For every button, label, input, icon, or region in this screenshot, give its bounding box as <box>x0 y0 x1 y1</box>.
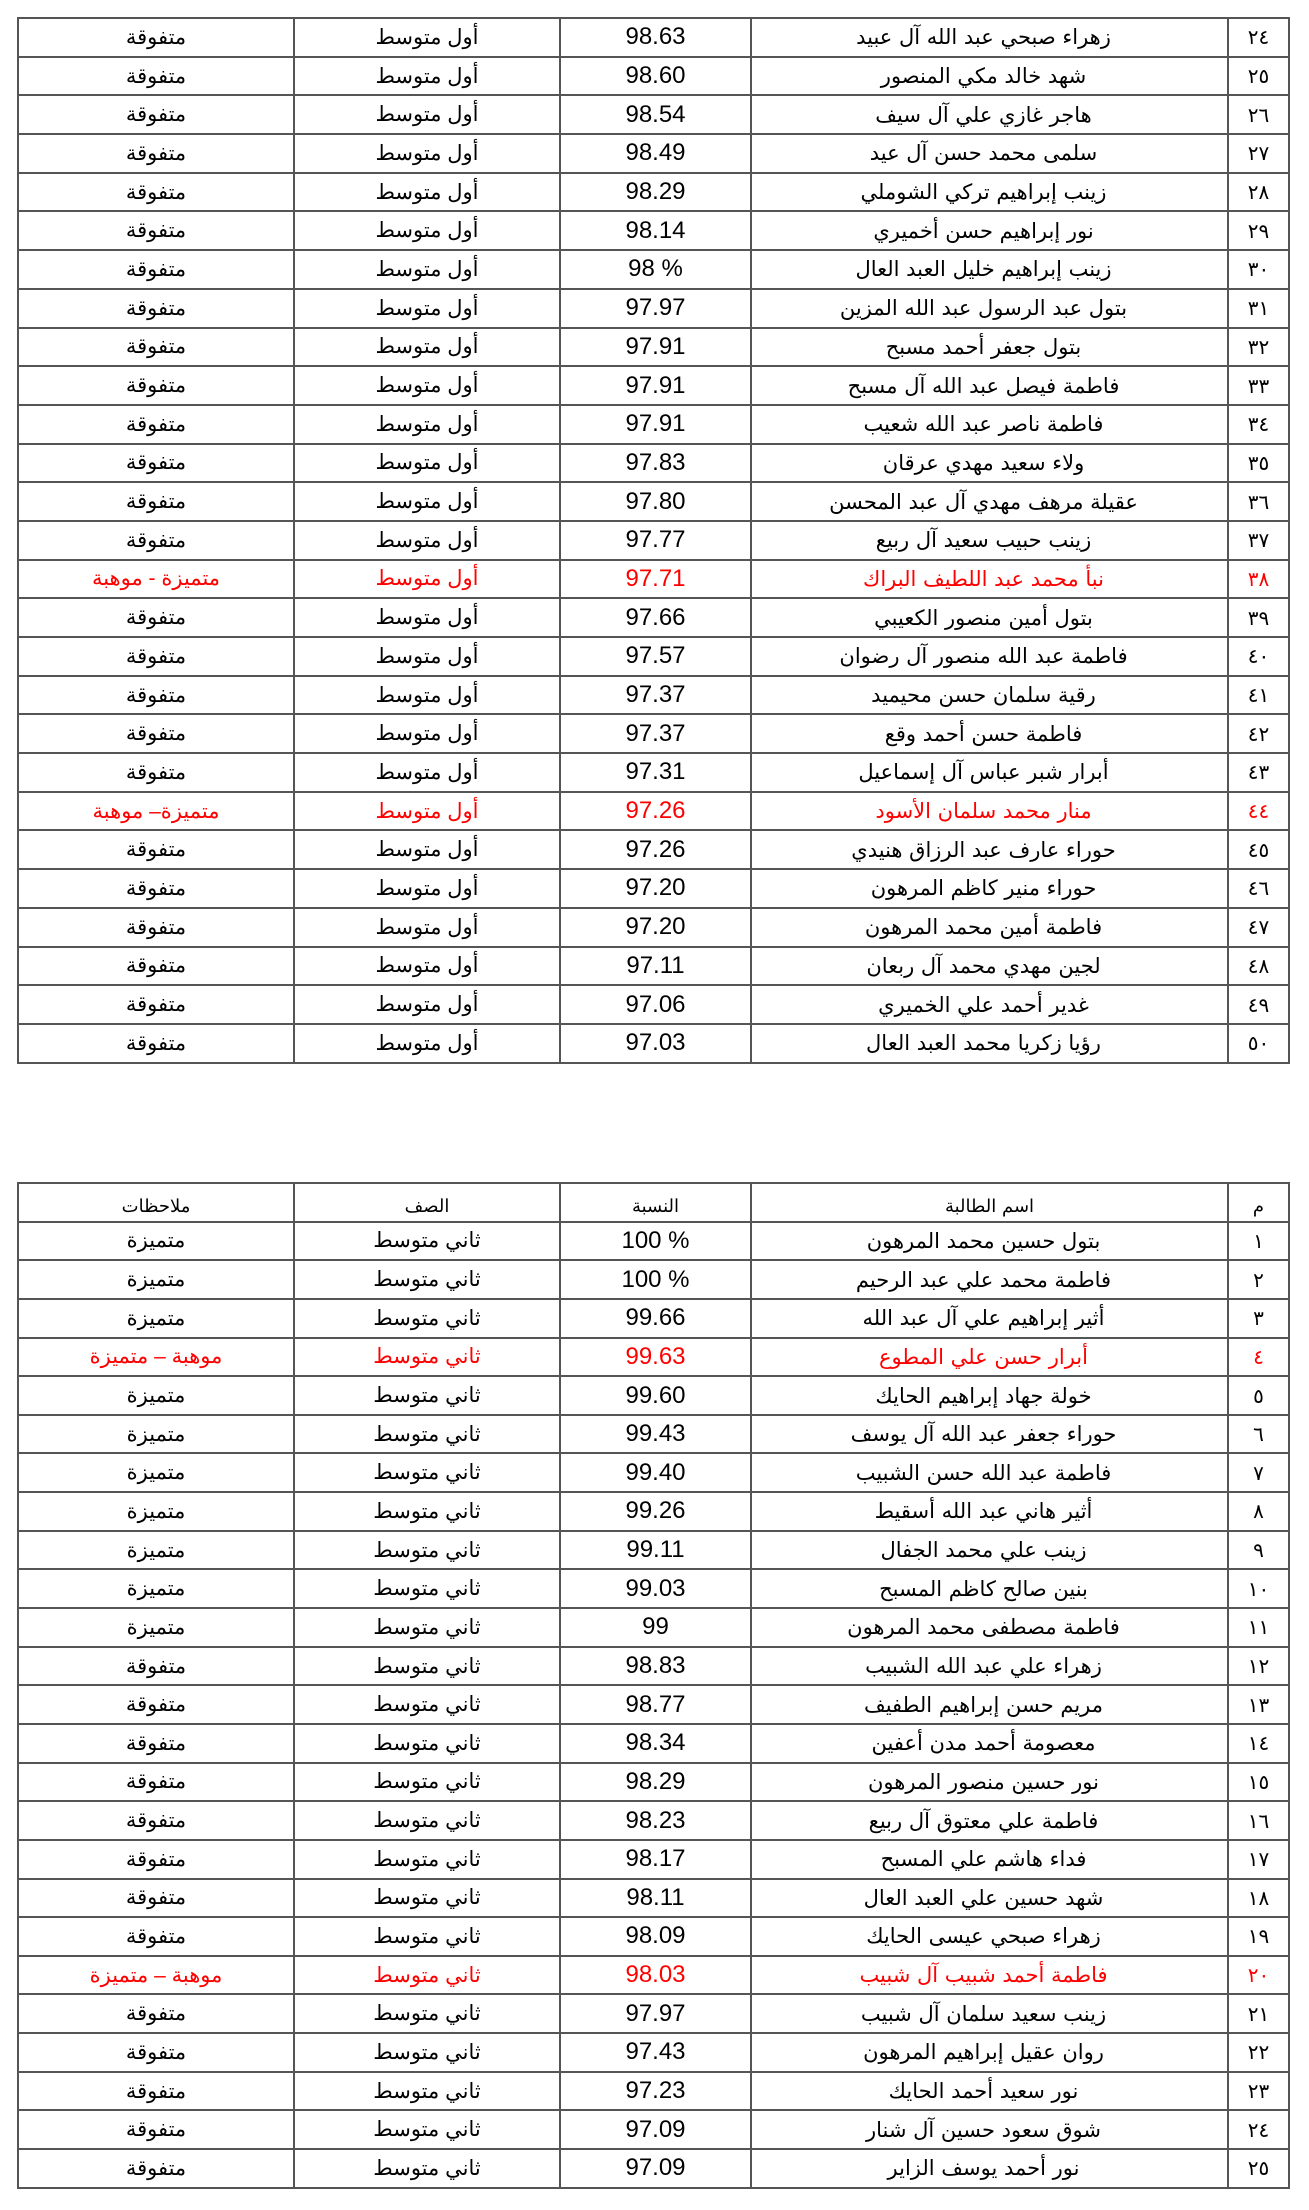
table-row: متميزة - موهبةأول متوسط97.71نبأ محمد عبد… <box>18 560 1289 599</box>
index-cell: ٨ <box>1228 1492 1289 1531</box>
class-cell: أول متوسط <box>294 211 560 250</box>
notes-cell: متميزة <box>18 1531 294 1570</box>
class-cell: أول متوسط <box>294 444 560 483</box>
index-cell: ٤٥ <box>1228 830 1289 869</box>
notes-cell: متفوقة <box>18 134 294 173</box>
percentage-cell: 97.20 <box>560 908 751 947</box>
index-cell: ٤٢ <box>1228 714 1289 753</box>
notes-cell: متفوقة <box>18 1879 294 1918</box>
table-row: متفوقةثاني متوسط97.23نور سعيد أحمد الحاي… <box>18 2072 1289 2111</box>
class-cell: أول متوسط <box>294 405 560 444</box>
class-cell: أول متوسط <box>294 598 560 637</box>
notes-cell: متفوقة <box>18 908 294 947</box>
notes-cell: متفوقة <box>18 598 294 637</box>
student-name-cell: أثير إبراهيم علي آل عبد الله <box>751 1299 1228 1338</box>
notes-cell: متفوقة <box>18 869 294 908</box>
class-cell: أول متوسط <box>294 637 560 676</box>
notes-cell: متفوقة <box>18 1763 294 1802</box>
table-row: متفوقةأول متوسط97.97بتول عبد الرسول عبد … <box>18 289 1289 328</box>
notes-cell: متميزة <box>18 1222 294 1261</box>
class-cell: ثاني متوسط <box>294 1338 560 1377</box>
index-cell: ٣٣ <box>1228 366 1289 405</box>
notes-cell: متفوقة <box>18 714 294 753</box>
class-cell: أول متوسط <box>294 985 560 1024</box>
table-row: متفوقةأول متوسط97.57فاطمة عبد الله منصور… <box>18 637 1289 676</box>
index-cell: ٢٥ <box>1228 57 1289 96</box>
index-cell: ١٢ <box>1228 1647 1289 1686</box>
header-student-name: اسم الطالبة <box>751 1183 1228 1222</box>
table-row: متفوقةأول متوسط98.49سلمى محمد حسن آل عيد… <box>18 134 1289 173</box>
table-row: متميزةثاني متوسط99.26أثير هاني عبد الله … <box>18 1492 1289 1531</box>
notes-cell: موهبة – متميزة <box>18 1956 294 1995</box>
table-row: متميزةثاني متوسط99.03بنين صالح كاظم المس… <box>18 1569 1289 1608</box>
notes-cell: متميزة– موهبة <box>18 792 294 831</box>
table-row: متفوقةثاني متوسط98.34معصومة أحمد مدن أعف… <box>18 1724 1289 1763</box>
student-name-cell: زينب إبراهيم خليل العبد العال <box>751 250 1228 289</box>
table-row: متميزةثاني متوسط99.11زينب علي محمد الجفا… <box>18 1531 1289 1570</box>
class-cell: أول متوسط <box>294 95 560 134</box>
student-name-cell: زهراء صبحي عبد الله آل عبيد <box>751 18 1228 57</box>
student-name-cell: فاطمة عبد الله حسن الشبيب <box>751 1453 1228 1492</box>
table-row: متفوقةأول متوسط97.20فاطمة أمين محمد المر… <box>18 908 1289 947</box>
student-name-cell: عقيلة مرهف مهدي آل عبد المحسن <box>751 482 1228 521</box>
class-cell: ثاني متوسط <box>294 1492 560 1531</box>
table-row: متفوقةثاني متوسط98.77مريم حسن إبراهيم ال… <box>18 1685 1289 1724</box>
notes-cell: متفوقة <box>18 1994 294 2033</box>
student-name-cell: منار محمد سلمان الأسود <box>751 792 1228 831</box>
notes-cell: موهبة – متميزة <box>18 1338 294 1377</box>
student-name-cell: أبرار حسن علي المطوع <box>751 1338 1228 1377</box>
percentage-cell: 98.17 <box>560 1840 751 1879</box>
notes-cell: متفوقة <box>18 482 294 521</box>
student-name-cell: رؤيا زكريا محمد العبد العال <box>751 1024 1228 1063</box>
percentage-cell: 97.26 <box>560 830 751 869</box>
percentage-cell: 98.77 <box>560 1685 751 1724</box>
notes-cell: متميزة - موهبة <box>18 560 294 599</box>
percentage-cell: 99.66 <box>560 1299 751 1338</box>
student-name-cell: نور أحمد يوسف الزاير <box>751 2149 1228 2188</box>
table-row: متفوقةأول متوسط98.63زهراء صبحي عبد الله … <box>18 18 1289 57</box>
class-cell: ثاني متوسط <box>294 1994 560 2033</box>
percentage-cell: 98.09 <box>560 1917 751 1956</box>
second-grade-honor-table: ملاحظات الصف النسبة اسم الطالبة م متميزة… <box>17 1182 1290 2189</box>
student-name-cell: روان عقيل إبراهيم المرهون <box>751 2033 1228 2072</box>
percentage-cell: 98.29 <box>560 173 751 212</box>
class-cell: أول متوسط <box>294 714 560 753</box>
notes-cell: متفوقة <box>18 2110 294 2149</box>
table-row: متفوقةأول متوسط97.06غدير أحمد علي الخمير… <box>18 985 1289 1024</box>
index-cell: ١٦ <box>1228 1801 1289 1840</box>
percentage-cell: 97.37 <box>560 714 751 753</box>
student-name-cell: زينب سعيد سلمان آل شبيب <box>751 1994 1228 2033</box>
student-name-cell: خولة جهاد إبراهيم الحايك <box>751 1376 1228 1415</box>
index-cell: ٣٠ <box>1228 250 1289 289</box>
notes-cell: متميزة <box>18 1415 294 1454</box>
index-cell: ١٩ <box>1228 1917 1289 1956</box>
percentage-cell: 98.60 <box>560 57 751 96</box>
class-cell: أول متوسط <box>294 173 560 212</box>
table-row: متفوقةثاني متوسط98.83زهراء علي عبد الله … <box>18 1647 1289 1686</box>
table1-body: متفوقةأول متوسط98.63زهراء صبحي عبد الله … <box>18 18 1289 1063</box>
student-name-cell: نور إبراهيم حسن أخميري <box>751 211 1228 250</box>
table-row: متميزةثاني متوسط100 %بتول حسين محمد المر… <box>18 1222 1289 1261</box>
index-cell: ٢ <box>1228 1260 1289 1299</box>
class-cell: أول متوسط <box>294 792 560 831</box>
class-cell: أول متوسط <box>294 328 560 367</box>
student-name-cell: بتول أمين منصور الكعيبي <box>751 598 1228 637</box>
table-row: متفوقةثاني متوسط97.09شوق سعود حسين آل شن… <box>18 2110 1289 2149</box>
header-percentage: النسبة <box>560 1183 751 1222</box>
notes-cell: متفوقة <box>18 1724 294 1763</box>
student-name-cell: هاجر غازي علي آل سيف <box>751 95 1228 134</box>
notes-cell: متفوقة <box>18 1917 294 1956</box>
notes-cell: متميزة <box>18 1453 294 1492</box>
percentage-cell: 99.40 <box>560 1453 751 1492</box>
notes-cell: متميزة <box>18 1569 294 1608</box>
table-row: متفوقةأول متوسط98.29زينب إبراهيم تركي ال… <box>18 173 1289 212</box>
percentage-cell: 99.11 <box>560 1531 751 1570</box>
index-cell: ٤٣ <box>1228 753 1289 792</box>
percentage-cell: 98.83 <box>560 1647 751 1686</box>
student-name-cell: حوراء منير كاظم المرهون <box>751 869 1228 908</box>
student-name-cell: معصومة أحمد مدن أعفين <box>751 1724 1228 1763</box>
student-name-cell: حوراء جعفر عبد الله آل يوسف <box>751 1415 1228 1454</box>
student-name-cell: فاطمة محمد علي عبد الرحيم <box>751 1260 1228 1299</box>
notes-cell: متفوقة <box>18 637 294 676</box>
student-name-cell: فاطمة فيصل عبد الله آل مسبح <box>751 366 1228 405</box>
percentage-cell: 97.20 <box>560 869 751 908</box>
notes-cell: متفوقة <box>18 328 294 367</box>
table-row: متفوقةأول متوسط97.66بتول أمين منصور الكع… <box>18 598 1289 637</box>
index-cell: ٤٠ <box>1228 637 1289 676</box>
index-cell: ١١ <box>1228 1608 1289 1647</box>
notes-cell: متفوقة <box>18 405 294 444</box>
percentage-cell: 97.03 <box>560 1024 751 1063</box>
index-cell: ٤٦ <box>1228 869 1289 908</box>
percentage-cell: 99.43 <box>560 1415 751 1454</box>
percentage-cell: 97.91 <box>560 328 751 367</box>
table-row: متفوقةأول متوسط97.83ولاء سعيد مهدي عرقان… <box>18 444 1289 483</box>
table-row: متميزةثاني متوسط99.66أثير إبراهيم علي آل… <box>18 1299 1289 1338</box>
header-notes: ملاحظات <box>18 1183 294 1222</box>
percentage-cell: 100 % <box>560 1260 751 1299</box>
table-row: متفوقةأول متوسط98 %زينب إبراهيم خليل الع… <box>18 250 1289 289</box>
index-cell: ٤٧ <box>1228 908 1289 947</box>
index-cell: ٣٨ <box>1228 560 1289 599</box>
student-name-cell: فاطمة حسن أحمد وقع <box>751 714 1228 753</box>
class-cell: ثاني متوسط <box>294 1531 560 1570</box>
class-cell: ثاني متوسط <box>294 2033 560 2072</box>
student-name-cell: أثير هاني عبد الله أسقيط <box>751 1492 1228 1531</box>
student-name-cell: رقية سلمان حسن محيميد <box>751 676 1228 715</box>
student-name-cell: نور حسين منصور المرهون <box>751 1763 1228 1802</box>
notes-cell: متفوقة <box>18 1647 294 1686</box>
index-cell: ٢٩ <box>1228 211 1289 250</box>
index-cell: ٢١ <box>1228 1994 1289 2033</box>
index-cell: ٣٦ <box>1228 482 1289 521</box>
student-name-cell: بنين صالح كاظم المسبح <box>751 1569 1228 1608</box>
class-cell: أول متوسط <box>294 908 560 947</box>
student-name-cell: بتول جعفر أحمد مسبح <box>751 328 1228 367</box>
index-cell: ٢٦ <box>1228 95 1289 134</box>
student-name-cell: بتول حسين محمد المرهون <box>751 1222 1228 1261</box>
index-cell: ٤٤ <box>1228 792 1289 831</box>
table-row: متفوقةأول متوسط97.80عقيلة مرهف مهدي آل ع… <box>18 482 1289 521</box>
class-cell: ثاني متوسط <box>294 1415 560 1454</box>
table-row: متفوقةأول متوسط98.60شهد خالد مكي المنصور… <box>18 57 1289 96</box>
student-name-cell: سلمى محمد حسن آل عيد <box>751 134 1228 173</box>
notes-cell: متفوقة <box>18 444 294 483</box>
header-class: الصف <box>294 1183 560 1222</box>
student-name-cell: نور سعيد أحمد الحايك <box>751 2072 1228 2111</box>
index-cell: ٣٤ <box>1228 405 1289 444</box>
notes-cell: متفوقة <box>18 830 294 869</box>
notes-cell: متميزة <box>18 1260 294 1299</box>
notes-cell: متميزة <box>18 1492 294 1531</box>
percentage-cell: 97.26 <box>560 792 751 831</box>
class-cell: أول متوسط <box>294 676 560 715</box>
student-name-cell: فاطمة علي معتوق آل ربيع <box>751 1801 1228 1840</box>
student-name-cell: أبرار شبر عباس آل إسماعيل <box>751 753 1228 792</box>
table-row: متفوقةأول متوسط97.91فاطمة ناصر عبد الله … <box>18 405 1289 444</box>
table-row: متفوقةأول متوسط97.77زينب حبيب سعيد آل رب… <box>18 521 1289 560</box>
class-cell: ثاني متوسط <box>294 1801 560 1840</box>
table2-body: ملاحظات الصف النسبة اسم الطالبة م متميزة… <box>18 1183 1289 2188</box>
class-cell: أول متوسط <box>294 482 560 521</box>
index-cell: ١٧ <box>1228 1840 1289 1879</box>
percentage-cell: 97.91 <box>560 366 751 405</box>
index-cell: ٣٧ <box>1228 521 1289 560</box>
notes-cell: متفوقة <box>18 1840 294 1879</box>
percentage-cell: 97.97 <box>560 1994 751 2033</box>
notes-cell: متفوقة <box>18 2072 294 2111</box>
notes-cell: متفوقة <box>18 1024 294 1063</box>
notes-cell: متفوقة <box>18 1685 294 1724</box>
percentage-cell: 97.80 <box>560 482 751 521</box>
percentage-cell: 100 % <box>560 1222 751 1261</box>
index-cell: ٩ <box>1228 1531 1289 1570</box>
percentage-cell: 97.91 <box>560 405 751 444</box>
table-row: متميزة– موهبةأول متوسط97.26منار محمد سلم… <box>18 792 1289 831</box>
table-row: متميزةثاني متوسط99.60خولة جهاد إبراهيم ا… <box>18 1376 1289 1415</box>
student-name-cell: فاطمة مصطفى محمد المرهون <box>751 1608 1228 1647</box>
class-cell: ثاني متوسط <box>294 2149 560 2188</box>
percentage-cell: 97.37 <box>560 676 751 715</box>
student-name-cell: لجين مهدي محمد آل ربعان <box>751 947 1228 986</box>
class-cell: أول متوسط <box>294 560 560 599</box>
percentage-cell: 97.57 <box>560 637 751 676</box>
class-cell: ثاني متوسط <box>294 1376 560 1415</box>
notes-cell: متفوقة <box>18 521 294 560</box>
index-cell: ٢٤ <box>1228 18 1289 57</box>
notes-cell: متميزة <box>18 1608 294 1647</box>
class-cell: أول متوسط <box>294 57 560 96</box>
notes-cell: متفوقة <box>18 57 294 96</box>
table-row: موهبة – متميزةثاني متوسط99.63أبرار حسن ع… <box>18 1338 1289 1377</box>
class-cell: أول متوسط <box>294 134 560 173</box>
student-name-cell: زهراء صبحي عيسى الحايك <box>751 1917 1228 1956</box>
index-cell: ٢٥ <box>1228 2149 1289 2188</box>
percentage-cell: 99.03 <box>560 1569 751 1608</box>
index-cell: ٣١ <box>1228 289 1289 328</box>
student-name-cell: حوراء عارف عبد الرزاق هنيدي <box>751 830 1228 869</box>
index-cell: ٤٩ <box>1228 985 1289 1024</box>
table-row: متفوقةثاني متوسط97.09نور أحمد يوسف الزاي… <box>18 2149 1289 2188</box>
index-cell: ٥٠ <box>1228 1024 1289 1063</box>
index-cell: ٣ <box>1228 1299 1289 1338</box>
notes-cell: متفوقة <box>18 211 294 250</box>
index-cell: ٤ <box>1228 1338 1289 1377</box>
index-cell: ٣٥ <box>1228 444 1289 483</box>
percentage-cell: 97.09 <box>560 2110 751 2149</box>
percentage-cell: 98.29 <box>560 1763 751 1802</box>
student-name-cell: فاطمة أمين محمد المرهون <box>751 908 1228 947</box>
index-cell: ٤١ <box>1228 676 1289 715</box>
percentage-cell: 99.63 <box>560 1338 751 1377</box>
table-row: متفوقةثاني متوسط98.17فداء هاشم علي المسب… <box>18 1840 1289 1879</box>
table-row: متميزةثاني متوسط99.40فاطمة عبد الله حسن … <box>18 1453 1289 1492</box>
table-row: متفوقةأول متوسط97.11لجين مهدي محمد آل رب… <box>18 947 1289 986</box>
student-name-cell: فداء هاشم علي المسبح <box>751 1840 1228 1879</box>
index-cell: ٢٨ <box>1228 173 1289 212</box>
notes-cell: متفوقة <box>18 947 294 986</box>
student-name-cell: زينب إبراهيم تركي الشوملي <box>751 173 1228 212</box>
table-row: متفوقةأول متوسط98.54هاجر غازي علي آل سيف… <box>18 95 1289 134</box>
class-cell: ثاني متوسط <box>294 1956 560 1995</box>
student-name-cell: زينب علي محمد الجفال <box>751 1531 1228 1570</box>
index-cell: ٦ <box>1228 1415 1289 1454</box>
percentage-cell: 98.14 <box>560 211 751 250</box>
percentage-cell: 97.06 <box>560 985 751 1024</box>
class-cell: أول متوسط <box>294 830 560 869</box>
percentage-cell: 99 <box>560 1608 751 1647</box>
table-row: متفوقةثاني متوسط98.23فاطمة علي معتوق آل … <box>18 1801 1289 1840</box>
class-cell: ثاني متوسط <box>294 1222 560 1261</box>
class-cell: ثاني متوسط <box>294 1685 560 1724</box>
table-row: متفوقةأول متوسط97.03رؤيا زكريا محمد العب… <box>18 1024 1289 1063</box>
class-cell: ثاني متوسط <box>294 1917 560 1956</box>
class-cell: أول متوسط <box>294 869 560 908</box>
table-row: متفوقةثاني متوسط98.11شهد حسين علي العبد … <box>18 1879 1289 1918</box>
class-cell: ثاني متوسط <box>294 1647 560 1686</box>
table-row: متميزةثاني متوسط100 %فاطمة محمد علي عبد … <box>18 1260 1289 1299</box>
notes-cell: متفوقة <box>18 95 294 134</box>
notes-cell: متفوقة <box>18 1801 294 1840</box>
class-cell: ثاني متوسط <box>294 1724 560 1763</box>
table-row: متميزةثاني متوسط99فاطمة مصطفى محمد المره… <box>18 1608 1289 1647</box>
notes-cell: متميزة <box>18 1299 294 1338</box>
class-cell: أول متوسط <box>294 521 560 560</box>
percentage-cell: 99.60 <box>560 1376 751 1415</box>
student-name-cell: بتول عبد الرسول عبد الله المزين <box>751 289 1228 328</box>
notes-cell: متفوقة <box>18 366 294 405</box>
student-name-cell: زهراء علي عبد الله الشبيب <box>751 1647 1228 1686</box>
table-row: متفوقةأول متوسط97.20حوراء منير كاظم المر… <box>18 869 1289 908</box>
class-cell: ثاني متوسط <box>294 1453 560 1492</box>
percentage-cell: 97.71 <box>560 560 751 599</box>
table-row: متفوقةثاني متوسط98.29نور حسين منصور المر… <box>18 1763 1289 1802</box>
percentage-cell: 97.97 <box>560 289 751 328</box>
class-cell: أول متوسط <box>294 753 560 792</box>
class-cell: ثاني متوسط <box>294 2110 560 2149</box>
percentage-cell: 98.34 <box>560 1724 751 1763</box>
table-row: متفوقةأول متوسط98.14نور إبراهيم حسن أخمي… <box>18 211 1289 250</box>
table-row: متفوقةأول متوسط97.91بتول جعفر أحمد مسبح٣… <box>18 328 1289 367</box>
class-cell: أول متوسط <box>294 18 560 57</box>
index-cell: ١٣ <box>1228 1685 1289 1724</box>
student-name-cell: غدير أحمد علي الخميري <box>751 985 1228 1024</box>
table-row: متفوقةثاني متوسط97.43روان عقيل إبراهيم ا… <box>18 2033 1289 2072</box>
index-cell: ١٨ <box>1228 1879 1289 1918</box>
index-cell: ٣٩ <box>1228 598 1289 637</box>
class-cell: ثاني متوسط <box>294 1299 560 1338</box>
notes-cell: متميزة <box>18 1376 294 1415</box>
student-name-cell: فاطمة أحمد شبيب آل شبيب <box>751 1956 1228 1995</box>
percentage-cell: 97.77 <box>560 521 751 560</box>
table-row: موهبة – متميزةثاني متوسط98.03فاطمة أحمد … <box>18 1956 1289 1995</box>
student-name-cell: شهد حسين علي العبد العال <box>751 1879 1228 1918</box>
class-cell: أول متوسط <box>294 289 560 328</box>
notes-cell: متفوقة <box>18 289 294 328</box>
notes-cell: متفوقة <box>18 985 294 1024</box>
table-row: متفوقةأول متوسط97.31أبرار شبر عباس آل إس… <box>18 753 1289 792</box>
class-cell: ثاني متوسط <box>294 1879 560 1918</box>
class-cell: أول متوسط <box>294 1024 560 1063</box>
percentage-cell: 97.31 <box>560 753 751 792</box>
percentage-cell: 98.11 <box>560 1879 751 1918</box>
percentage-cell: 97.23 <box>560 2072 751 2111</box>
student-name-cell: ولاء سعيد مهدي عرقان <box>751 444 1228 483</box>
index-cell: ٥ <box>1228 1376 1289 1415</box>
class-cell: ثاني متوسط <box>294 1608 560 1647</box>
class-cell: أول متوسط <box>294 947 560 986</box>
class-cell: أول متوسط <box>294 366 560 405</box>
index-cell: ٢٧ <box>1228 134 1289 173</box>
percentage-cell: 98.23 <box>560 1801 751 1840</box>
notes-cell: متفوقة <box>18 2033 294 2072</box>
notes-cell: متفوقة <box>18 676 294 715</box>
student-name-cell: مريم حسن إبراهيم الطفيف <box>751 1685 1228 1724</box>
class-cell: ثاني متوسط <box>294 1260 560 1299</box>
index-cell: ١٤ <box>1228 1724 1289 1763</box>
percentage-cell: 97.11 <box>560 947 751 986</box>
percentage-cell: 97.43 <box>560 2033 751 2072</box>
first-grade-honor-table: متفوقةأول متوسط98.63زهراء صبحي عبد الله … <box>17 17 1290 1064</box>
table-row: متفوقةأول متوسط97.26حوراء عارف عبد الرزا… <box>18 830 1289 869</box>
notes-cell: متفوقة <box>18 2149 294 2188</box>
notes-cell: متفوقة <box>18 18 294 57</box>
class-cell: ثاني متوسط <box>294 1840 560 1879</box>
notes-cell: متفوقة <box>18 753 294 792</box>
table-row: متفوقةأول متوسط97.37رقية سلمان حسن محيمي… <box>18 676 1289 715</box>
student-name-cell: شهد خالد مكي المنصور <box>751 57 1228 96</box>
class-cell: ثاني متوسط <box>294 2072 560 2111</box>
table-row: متفوقةأول متوسط97.91فاطمة فيصل عبد الله … <box>18 366 1289 405</box>
student-name-cell: فاطمة ناصر عبد الله شعيب <box>751 405 1228 444</box>
table-row: متميزةثاني متوسط99.43حوراء جعفر عبد الله… <box>18 1415 1289 1454</box>
header-index: م <box>1228 1183 1289 1222</box>
index-cell: ١ <box>1228 1222 1289 1261</box>
index-cell: ٧ <box>1228 1453 1289 1492</box>
index-cell: ٢٢ <box>1228 2033 1289 2072</box>
class-cell: ثاني متوسط <box>294 1763 560 1802</box>
class-cell: أول متوسط <box>294 250 560 289</box>
student-name-cell: نبأ محمد عبد اللطيف البراك <box>751 560 1228 599</box>
index-cell: ٢٠ <box>1228 1956 1289 1995</box>
percentage-cell: 97.83 <box>560 444 751 483</box>
percentage-cell: 99.26 <box>560 1492 751 1531</box>
table-row: متفوقةأول متوسط97.37فاطمة حسن أحمد وقع٤٢ <box>18 714 1289 753</box>
